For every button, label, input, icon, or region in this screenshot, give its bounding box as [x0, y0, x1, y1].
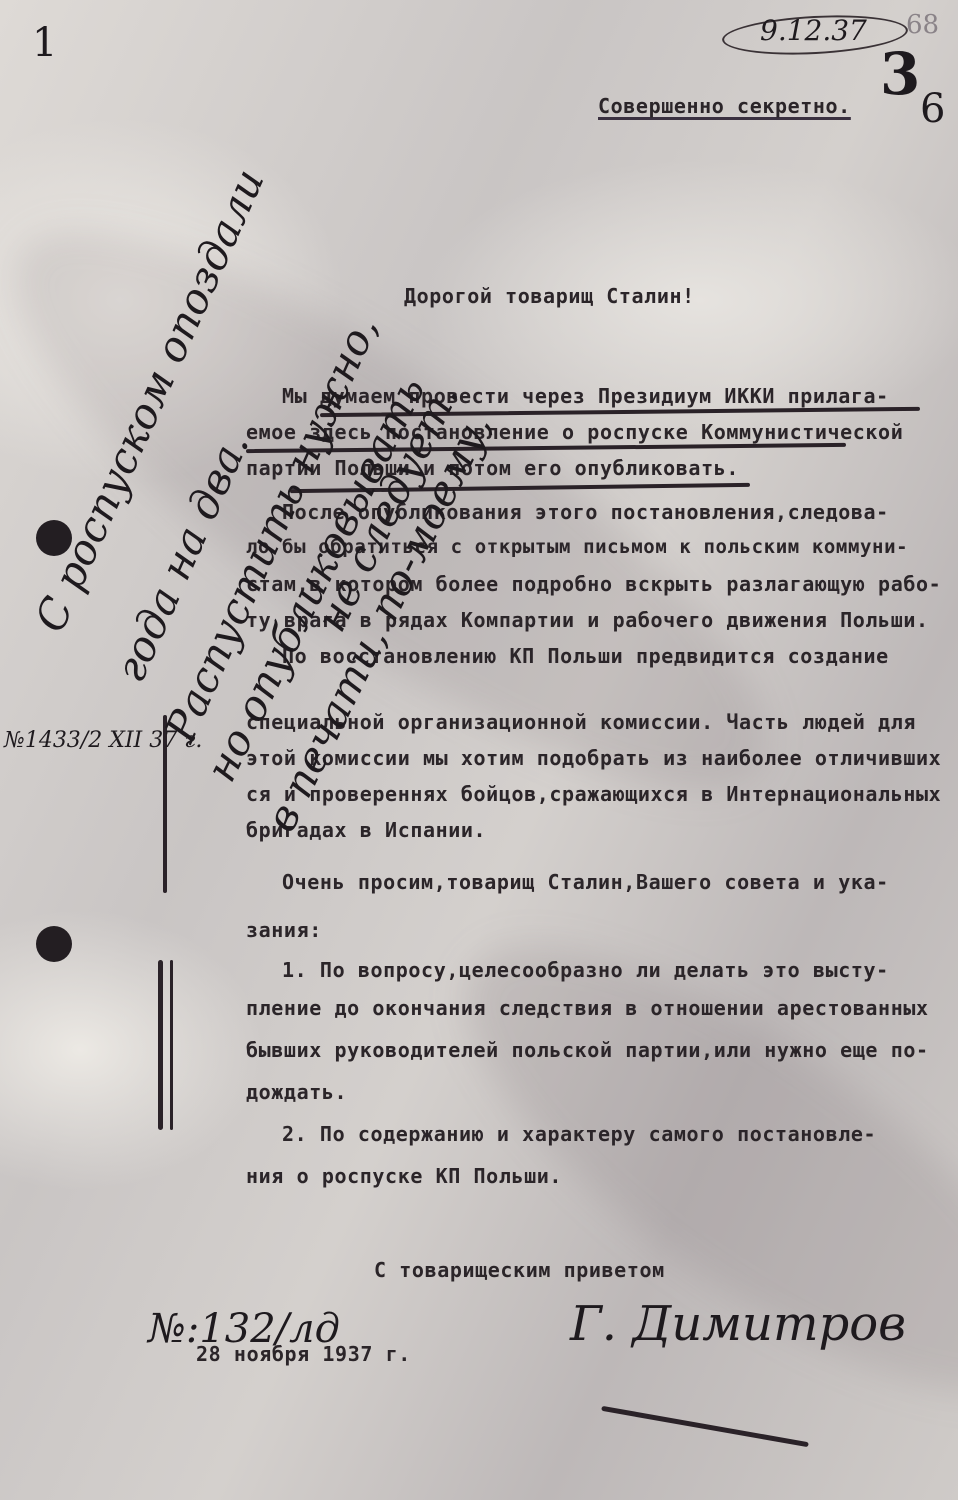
- letter-date: 28 ноября 1937 г.: [196, 1342, 411, 1366]
- body-line: бывших руководителей польской партии,или…: [246, 1038, 929, 1062]
- body-line: пление до окончания следствия в отношени…: [246, 996, 929, 1020]
- body-line: этой комиссии мы хотим подобрать из наиб…: [246, 746, 941, 770]
- body-line: 1. По вопросу,целесообразно ли делать эт…: [282, 958, 889, 982]
- body-line: ся и провереннях бойцов,сражающихся в Ин…: [246, 782, 941, 806]
- margin-bracket-line: [158, 960, 163, 1130]
- signature: Г. Димитров: [570, 1296, 906, 1352]
- margin-bracket-line: [170, 960, 173, 1130]
- folio-corner: 68: [906, 10, 939, 40]
- classification-heading: Совершенно секретно.: [598, 94, 851, 118]
- punch-hole: [36, 926, 72, 962]
- body-line: зания:: [246, 918, 322, 942]
- body-line: Очень просим,товарищ Сталин,Вашего совет…: [282, 870, 889, 894]
- closing-phrase: С товарищеским приветом: [374, 1258, 665, 1282]
- page-number: 1: [32, 20, 57, 66]
- folio-sub-number: 6: [920, 86, 945, 132]
- body-line: ния о роспуске КП Польши.: [246, 1164, 562, 1188]
- date-stamp: 9.12.37: [760, 14, 867, 47]
- salutation: Дорогой товарищ Сталин!: [404, 284, 695, 308]
- body-line: 2. По содержанию и характеру самого пост…: [282, 1122, 876, 1146]
- body-line: дождать.: [246, 1080, 347, 1104]
- folio-number: 3: [880, 40, 920, 108]
